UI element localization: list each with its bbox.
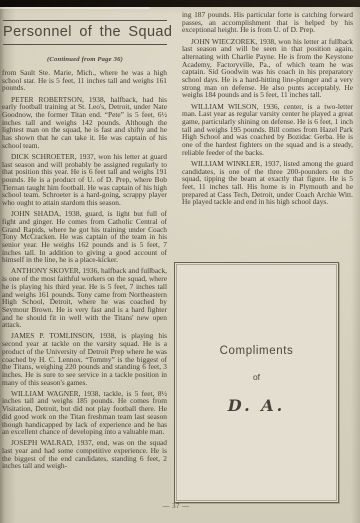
- right-column: ing 187 pounds. His particular forte is …: [182, 11, 353, 209]
- continued-note: (Continued from Page 36): [3, 56, 167, 63]
- paragraph-skover: ANTHONY SKOVER, 1936, halfback and fullb…: [2, 267, 167, 329]
- compliments-ad-inner-border: Compliments of D. A.: [176, 264, 337, 501]
- compliments-text: Compliments: [177, 345, 336, 357]
- paragraph-walrad: JOSEPH WALRAD, 1937, end, was on the squ…: [2, 439, 167, 470]
- paragraph-walrad-continued: ing 187 pounds. His particular forte is …: [182, 11, 353, 34]
- advertiser-initials: D. A.: [177, 396, 336, 415]
- compliments-of-text: of: [177, 372, 336, 382]
- paragraph-robertson: PETER ROBERTSON, 1938, halfback, had his…: [2, 96, 167, 150]
- scanned-yearbook-page: Personnel of the Squad (Continued from P…: [0, 0, 360, 523]
- paragraph-schroeter: DICK SCHROETER, 1937, won his letter at …: [2, 153, 167, 207]
- paragraph-continuation-sault: from Sault Ste. Marie, Mich., where he w…: [2, 69, 167, 92]
- page-top-edge: [0, 0, 360, 7]
- section-header: Personnel of the Squad: [3, 20, 167, 45]
- paragraph-wieczorek: JOHN WIECZOREK, 1938, won his letter at …: [182, 38, 353, 100]
- paragraph-tomlinson: JAMES P. TOMLINSON, 1938, is playing his…: [2, 332, 167, 386]
- compliments-ad-box: Compliments of D. A.: [174, 262, 339, 503]
- paragraph-winkler: WILLIAM WINKLER, 1937, listed among the …: [182, 160, 353, 206]
- page-title: Personnel of the Squad: [3, 24, 167, 40]
- paragraph-wagner: WILLIAM WAGNER, 1938, tackle, is 5 feet,…: [2, 390, 167, 436]
- page-number: — 37 —: [0, 503, 352, 510]
- paragraph-shada: JOHN SHADA, 1938, guard, is light but fu…: [2, 210, 167, 264]
- left-column: from Sault Ste. Marie, Mich., where he w…: [2, 69, 167, 474]
- paragraph-wilson: WILLIAM WILSON, 1936, center, is a two-l…: [182, 103, 353, 157]
- page-edge-highlight: [0, 7, 150, 9]
